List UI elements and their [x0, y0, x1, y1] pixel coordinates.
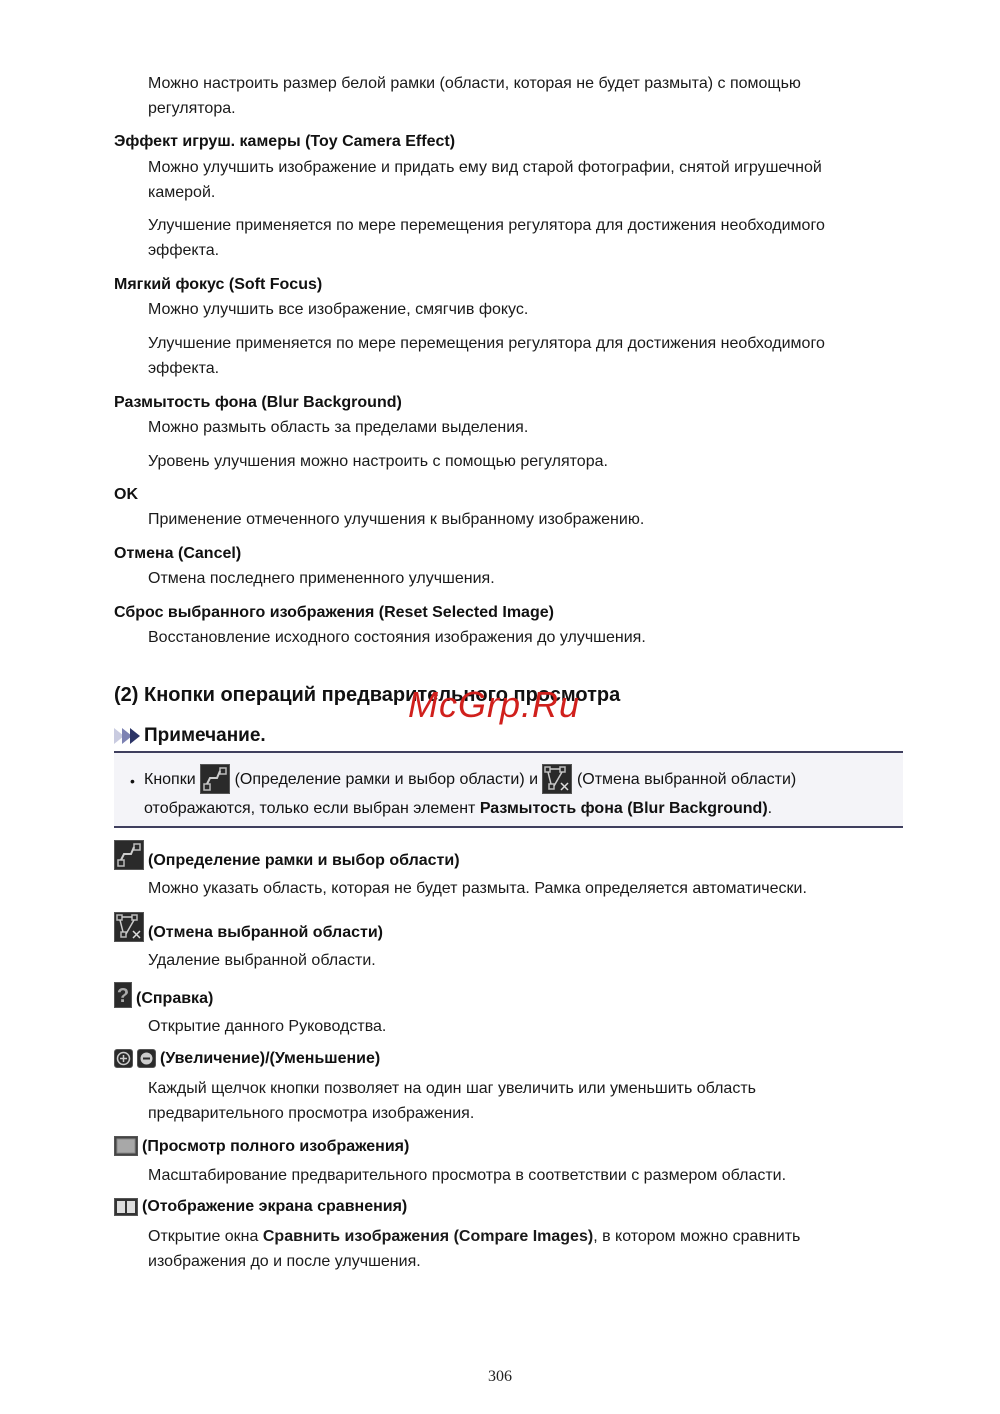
cancel-desc: Отмена последнего примененного улучшения…: [148, 566, 495, 591]
text-span: Открытие окна: [148, 1228, 258, 1245]
text-span: , в котором можно сравнить: [593, 1228, 800, 1245]
term-blur-background: Размытость фона (Blur Background): [114, 394, 402, 412]
bold-text-span: Сравнить изображения (Compare Images): [263, 1228, 593, 1245]
zoom-in-icon[interactable]: [114, 1049, 133, 1068]
cancel-selection-icon: [114, 912, 144, 942]
note-text: отображаются, только если выбран элемент: [144, 796, 475, 821]
note-line-1: Кнопки (Определение рамки и выбор област…: [144, 764, 796, 794]
zoom-out-icon[interactable]: [137, 1049, 156, 1068]
zoom-desc: Каждый щелчок кнопки позволяет на один ш…: [148, 1076, 756, 1126]
cancel-selection-desc: Удаление выбранной области.: [148, 948, 376, 973]
text-line: изображения до и после улучшения.: [148, 1249, 800, 1274]
blur-desc-2: Уровень улучшения можно настроить с помо…: [148, 449, 608, 474]
text-line: камерой.: [148, 180, 822, 205]
text-line: Можно настроить размер белой рамки (обла…: [148, 71, 801, 96]
help-icon: ?: [114, 982, 132, 1008]
toy-camera-desc: Можно улучшить изображение и придать ему…: [148, 155, 822, 205]
help-heading: ? (Справка): [114, 982, 213, 1008]
note-box: • Кнопки (Определение рамки и выбор обла…: [114, 751, 903, 828]
text-line: Улучшение применяется по мере перемещени…: [148, 213, 825, 238]
text-line: Можно улучшить все изображение, смягчив …: [148, 297, 528, 322]
note-text: .: [768, 796, 772, 821]
full-image-icon: [114, 1136, 138, 1156]
note-title-text: Примечание.: [144, 725, 266, 747]
compare-screen-icon: [114, 1198, 138, 1216]
term-reset: Сброс выбранного изображения (Reset Sele…: [114, 604, 554, 622]
heading-label: (Справка): [136, 990, 213, 1008]
note-line-2: отображаются, только если выбран элемент…: [144, 796, 772, 821]
text-line: Каждый щелчок кнопки позволяет на один ш…: [148, 1076, 756, 1101]
note-text: Кнопки: [144, 767, 196, 792]
zoom-heading: (Увеличение)/(Уменьшение): [114, 1049, 380, 1068]
text-line: Можно указать область, которая не будет …: [148, 876, 807, 901]
text-line: Можно размыть область за пределами выдел…: [148, 415, 528, 440]
cancel-selection-icon: [542, 764, 572, 794]
frame-select-icon: [114, 840, 144, 870]
soft-focus-desc-2: Улучшение применяется по мере перемещени…: [148, 331, 825, 381]
full-image-desc: Масштабирование предварительного просмот…: [148, 1163, 786, 1188]
svg-text:?: ?: [117, 985, 129, 1007]
reset-desc: Восстановление исходного состояния изобр…: [148, 625, 646, 650]
text-line: предварительного просмотра изображения.: [148, 1101, 756, 1126]
intro-text: Можно настроить размер белой рамки (обла…: [148, 71, 801, 121]
text-line: Можно улучшить изображение и придать ему…: [148, 155, 822, 180]
heading-label: (Отображение экрана сравнения): [142, 1198, 407, 1216]
page-number: 306: [0, 1368, 1000, 1386]
term-toy-camera: Эффект игруш. камеры (Toy Camera Effect): [114, 133, 455, 151]
text-line: Отмена последнего примененного улучшения…: [148, 566, 495, 591]
compare-heading: (Отображение экрана сравнения): [114, 1198, 407, 1216]
heading-label: (Отмена выбранной области): [148, 924, 383, 942]
text-line: Масштабирование предварительного просмот…: [148, 1163, 786, 1188]
frame-select-desc: Можно указать область, которая не будет …: [148, 876, 807, 901]
text-line: Удаление выбранной области.: [148, 948, 376, 973]
bullet: •: [130, 773, 135, 789]
text-line: Открытие окна Сравнить изображения (Comp…: [148, 1224, 800, 1249]
term-ok: OK: [114, 486, 138, 504]
frame-select-heading: (Определение рамки и выбор области): [114, 840, 460, 870]
text-line: эффекта.: [148, 238, 825, 263]
text-line: Улучшение применяется по мере перемещени…: [148, 331, 825, 356]
text-line: Восстановление исходного состояния изобр…: [148, 625, 646, 650]
note-text: (Отмена выбранной области): [577, 767, 796, 792]
note-chevrons-icon: [114, 728, 138, 744]
watermark: McGrp.Ru: [408, 684, 580, 726]
text-line: эффекта.: [148, 356, 825, 381]
term-cancel: Отмена (Cancel): [114, 545, 241, 563]
text-line: регулятора.: [148, 96, 801, 121]
compare-desc: Открытие окна Сравнить изображения (Comp…: [148, 1224, 800, 1274]
text-line: Применение отмеченного улучшения к выбра…: [148, 507, 644, 532]
heading-label: (Просмотр полного изображения): [142, 1138, 409, 1156]
heading-label: (Увеличение)/(Уменьшение): [160, 1050, 380, 1068]
toy-camera-desc-2: Улучшение применяется по мере перемещени…: [148, 213, 825, 263]
frame-select-icon: [200, 764, 230, 794]
term-soft-focus: Мягкий фокус (Soft Focus): [114, 276, 322, 294]
document-page: Можно настроить размер белой рамки (обла…: [0, 0, 1000, 1414]
note-text: (Определение рамки и выбор области) и: [235, 767, 538, 792]
cancel-selection-heading: (Отмена выбранной области): [114, 912, 383, 942]
heading-label: (Определение рамки и выбор области): [148, 852, 460, 870]
note-bold-text: Размытость фона (Blur Background): [480, 796, 768, 821]
ok-desc: Применение отмеченного улучшения к выбра…: [148, 507, 644, 532]
text-line: Открытие данного Руководства.: [148, 1014, 386, 1039]
text-line: Уровень улучшения можно настроить с помо…: [148, 449, 608, 474]
note-title: Примечание.: [114, 725, 266, 747]
soft-focus-desc: Можно улучшить все изображение, смягчив …: [148, 297, 528, 322]
blur-desc: Можно размыть область за пределами выдел…: [148, 415, 528, 440]
full-image-heading: (Просмотр полного изображения): [114, 1136, 409, 1156]
help-desc: Открытие данного Руководства.: [148, 1014, 386, 1039]
